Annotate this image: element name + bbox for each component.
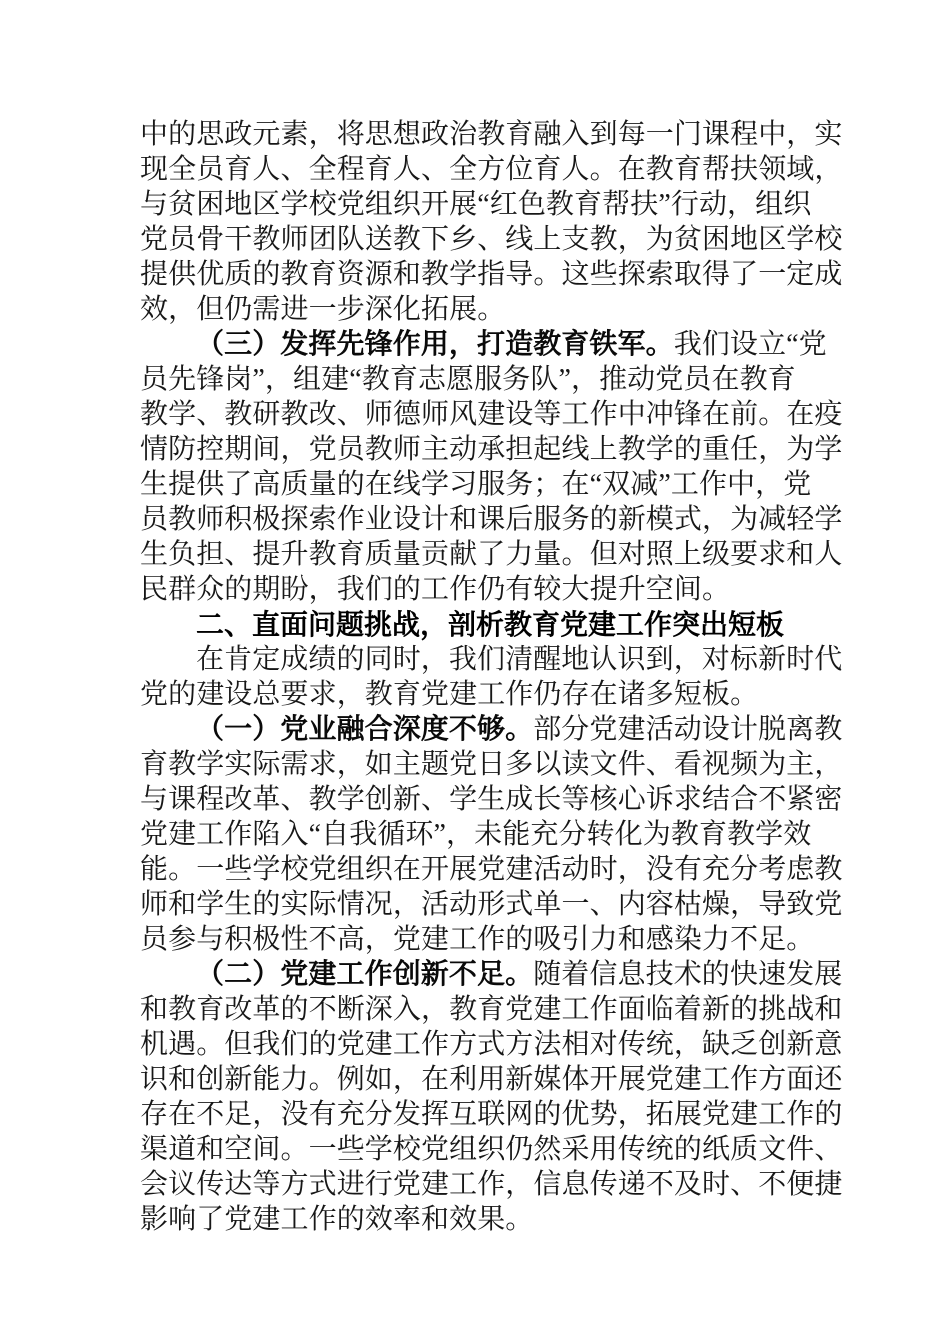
text-line: 提供优质的教育资源和教学指导。这些探索取得了一定成 (140, 257, 818, 292)
text-line: 与课程改革、教学创新、学生成长等核心诉求结合不紧密 (140, 782, 818, 817)
text-line: 会议传达等方式进行党建工作，信息传递不及时、不便捷 (140, 1167, 818, 1202)
paragraph-lead-in: （二）党建工作创新不足。 (196, 959, 533, 990)
document-body: 中的思政元素，将思想政治教育融入到每一门课程中，实现全员育人、全程育人、全方位育… (140, 117, 818, 1237)
text-line: 生负担、提升教育质量贡献了力量。但对照上级要求和人 (140, 537, 818, 572)
text-line: 党员骨干教师团队送教下乡、线上支教，为贫困地区学校 (140, 222, 818, 257)
text-line: 生提供了高质量的在线学习服务；在“双减”工作中，党 (140, 467, 818, 502)
text-line-text: 在肯定成绩的同时，我们清醒地认识到，对标新时代 (196, 644, 842, 675)
text-line-text: 会议传达等方式进行党建工作，信息传递不及时、不便捷 (140, 1169, 843, 1200)
text-line: 党建工作陷入“自我循环”，未能充分转化为教育教学效 (140, 817, 818, 852)
text-line-text: 育教学实际需求，如主题党日多以读文件、看视频为主， (140, 749, 843, 780)
text-line: 教学、教研教改、师德师风建设等工作中冲锋在前。在疫 (140, 397, 818, 432)
text-line-text: 影响了党建工作的效率和效果。 (140, 1204, 533, 1235)
text-line: 机遇。但我们的党建工作方式方法相对传统，缺乏创新意 (140, 1027, 818, 1062)
text-line: （三）发挥先锋作用，打造教育铁军。我们设立“党 (140, 327, 818, 362)
text-line-text: 存在不足，没有充分发挥互联网的优势，拓展党建工作的 (140, 1099, 843, 1130)
text-line: 存在不足，没有充分发挥互联网的优势，拓展党建工作的 (140, 1097, 818, 1132)
text-line-text: 我们设立“党 (674, 329, 827, 360)
text-line-text: 党建工作陷入“自我循环”，未能充分转化为教育教学效 (140, 819, 811, 850)
text-line: （一）党业融合深度不够。部分党建活动设计脱离教 (140, 712, 818, 747)
text-line: 党的建设总要求，教育党建工作仍存在诸多短板。 (140, 677, 818, 712)
paragraph-lead-in: （三）发挥先锋作用，打造教育铁军。 (196, 329, 674, 360)
document-page: 中的思政元素，将思想政治教育融入到每一门课程中，实现全员育人、全程育人、全方位育… (0, 0, 950, 1344)
text-line-text: 能。一些学校党组织在开展党建活动时，没有充分考虑教 (140, 854, 843, 885)
text-line-text: 效，但仍需进一步深化拓展。 (140, 294, 505, 325)
text-line-text: 生提供了高质量的在线学习服务；在“双减”工作中，党 (140, 469, 811, 500)
text-line-text: 党的建设总要求，教育党建工作仍存在诸多短板。 (140, 679, 758, 710)
text-line-text: 和教育改革的不断深入，教育党建工作面临着新的挑战和 (140, 994, 843, 1025)
text-line-text: 识和创新能力。例如，在利用新媒体开展党建工作方面还 (140, 1064, 843, 1095)
text-line: 识和创新能力。例如，在利用新媒体开展党建工作方面还 (140, 1062, 818, 1097)
section-heading: 二、直面问题挑战，剖析教育党建工作突出短板 (140, 607, 818, 642)
text-line-text: 师和学生的实际情况，活动形式单一、内容枯燥，导致党 (140, 889, 843, 920)
text-line: 民群众的期盼，我们的工作仍有较大提升空间。 (140, 572, 818, 607)
text-line-text: 现全员育人、全程育人、全方位育人。在教育帮扶领域， (140, 154, 843, 185)
text-line: 师和学生的实际情况，活动形式单一、内容枯燥，导致党 (140, 887, 818, 922)
text-line: 现全员育人、全程育人、全方位育人。在教育帮扶领域， (140, 152, 818, 187)
text-line: 情防控期间，党员教师主动承担起线上教学的重任，为学 (140, 432, 818, 467)
text-line-text: 民群众的期盼，我们的工作仍有较大提升空间。 (140, 574, 730, 605)
text-line-text: 生负担、提升教育质量贡献了力量。但对照上级要求和人 (140, 539, 843, 570)
text-line-text: 与课程改革、教学创新、学生成长等核心诉求结合不紧密 (140, 784, 843, 815)
text-line: 效，但仍需进一步深化拓展。 (140, 292, 818, 327)
text-line-text: 中的思政元素，将思想政治教育融入到每一门课程中，实 (140, 119, 843, 150)
text-line-text: 随着信息技术的快速发展 (533, 959, 842, 990)
text-line: 能。一些学校党组织在开展党建活动时，没有充分考虑教 (140, 852, 818, 887)
text-line-text: 员参与积极性不高，党建工作的吸引力和感染力不足。 (140, 924, 814, 955)
text-line-text: 员先锋岗”，组建“教育志愿服务队”，推动党员在教育 (140, 364, 796, 395)
text-line: 渠道和空间。一些学校党组织仍然采用传统的纸质文件、 (140, 1132, 818, 1167)
text-line: 在肯定成绩的同时，我们清醒地认识到，对标新时代 (140, 642, 818, 677)
text-line-text: 部分党建活动设计脱离教 (533, 714, 842, 745)
text-line: 员参与积极性不高，党建工作的吸引力和感染力不足。 (140, 922, 818, 957)
text-line: 中的思政元素，将思想政治教育融入到每一门课程中，实 (140, 117, 818, 152)
text-line: 影响了党建工作的效率和效果。 (140, 1202, 818, 1237)
text-line-text: 与贫困地区学校党组织开展“红色教育帮扶”行动，组织 (140, 189, 811, 220)
text-line: 员先锋岗”，组建“教育志愿服务队”，推动党员在教育 (140, 362, 818, 397)
text-line: 和教育改革的不断深入，教育党建工作面临着新的挑战和 (140, 992, 818, 1027)
text-line-text: 提供优质的教育资源和教学指导。这些探索取得了一定成 (140, 259, 843, 290)
text-line-text: 党员骨干教师团队送教下乡、线上支教，为贫困地区学校 (140, 224, 843, 255)
text-line-text: 教学、教研教改、师德师风建设等工作中冲锋在前。在疫 (140, 399, 843, 430)
text-line: （二）党建工作创新不足。随着信息技术的快速发展 (140, 957, 818, 992)
text-line-text: 员教师积极探索作业设计和课后服务的新模式，为减轻学 (140, 504, 843, 535)
text-line-text: 情防控期间，党员教师主动承担起线上教学的重任，为学 (140, 434, 843, 465)
paragraph-lead-in: （一）党业融合深度不够。 (196, 714, 533, 745)
text-line-text: 机遇。但我们的党建工作方式方法相对传统，缺乏创新意 (140, 1029, 843, 1060)
text-line: 员教师积极探索作业设计和课后服务的新模式，为减轻学 (140, 502, 818, 537)
text-line-text: 渠道和空间。一些学校党组织仍然采用传统的纸质文件、 (140, 1134, 843, 1165)
text-line: 育教学实际需求，如主题党日多以读文件、看视频为主， (140, 747, 818, 782)
text-line: 与贫困地区学校党组织开展“红色教育帮扶”行动，组织 (140, 187, 818, 222)
section-heading-text: 二、直面问题挑战，剖析教育党建工作突出短板 (196, 609, 784, 640)
